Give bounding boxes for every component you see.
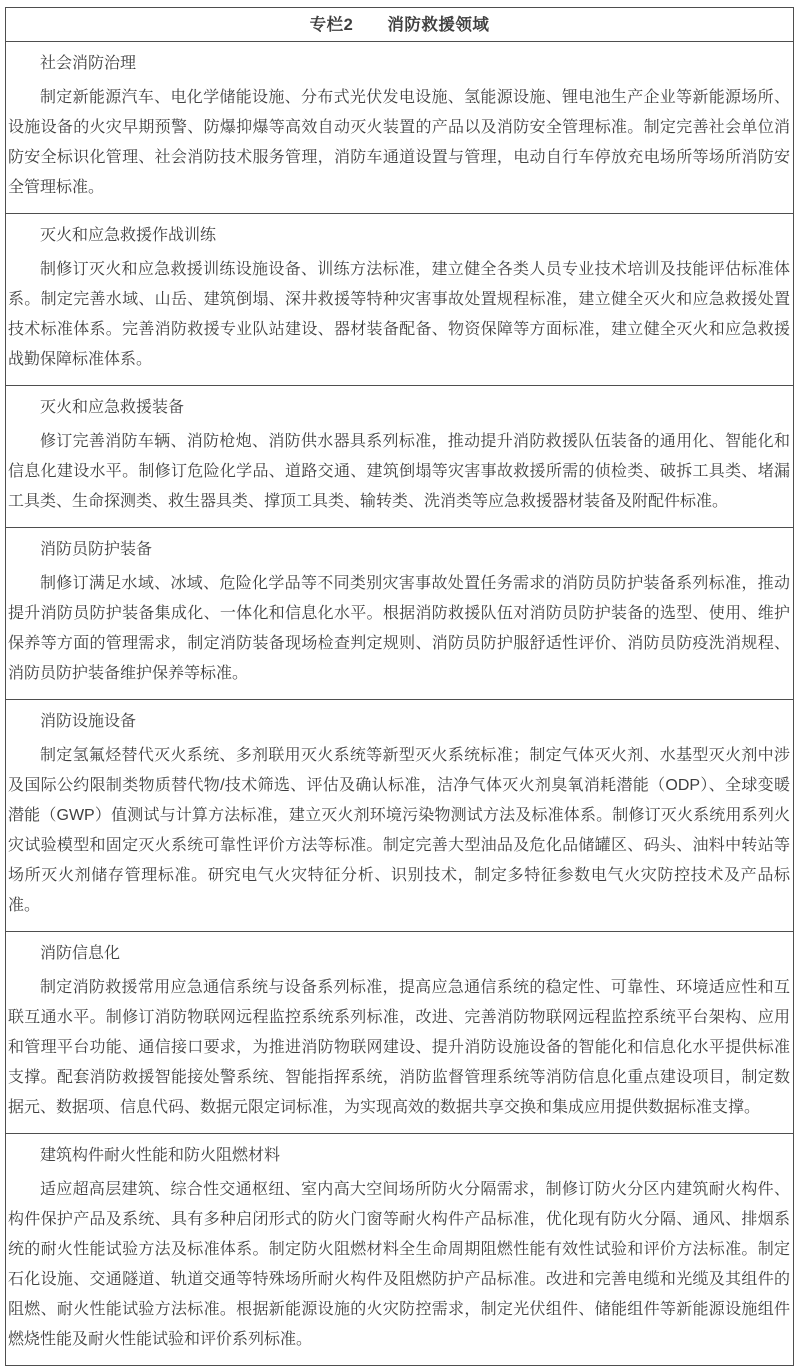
section-heading: 消防信息化 (8, 939, 790, 969)
section-body: 适应超高层建筑、综合性交通枢纽、室内高大空间场所防火分隔需求，制修订防火分区内建… (8, 1175, 790, 1355)
section-firefighting-rescue-equipment: 灭火和应急救援装备 修订完善消防车辆、消防枪炮、消防供水器具系列标准，推动提升消… (6, 386, 793, 528)
section-fire-facilities-equipment: 消防设施设备 制定氢氟烃替代灭火系统、多剂联用灭火系统等新型灭火系统标准；制定气… (6, 700, 793, 932)
section-heading: 消防设施设备 (8, 707, 790, 737)
section-firefighter-protective-equipment: 消防员防护装备 制修订满足水域、冰域、危险化学品等不同类别灾害事故处置任务需求的… (6, 528, 793, 700)
section-body: 制修订灭火和应急救援训练设施设备、训练方法标准，建立健全各类人员专业技术培训及技… (8, 255, 790, 375)
section-body: 制定氢氟烃替代灭火系统、多剂联用灭火系统等新型灭火系统标准；制定气体灭火剂、水基… (8, 741, 790, 921)
section-social-fire-governance: 社会消防治理 制定新能源汽车、电化学储能设施、分布式光伏发电设施、氢能源设施、锂… (6, 42, 793, 214)
section-heading: 消防员防护装备 (8, 535, 790, 565)
section-body: 修订完善消防车辆、消防枪炮、消防供水器具系列标准，推动提升消防救援队伍装备的通用… (8, 427, 790, 517)
section-firefighting-rescue-combat-training: 灭火和应急救援作战训练 制修订灭火和应急救援训练设施设备、训练方法标准，建立健全… (6, 214, 793, 386)
section-fire-informatization: 消防信息化 制定消防救援常用应急通信系统与设备系列标准，提高应急通信系统的稳定性… (6, 932, 793, 1134)
table-title: 专栏2 消防救援领域 (6, 8, 793, 42)
section-heading: 建筑构件耐火性能和防火阻燃材料 (8, 1141, 790, 1171)
section-building-component-fire-resistance-materials: 建筑构件耐火性能和防火阻燃材料 适应超高层建筑、综合性交通枢纽、室内高大空间场所… (6, 1134, 793, 1365)
section-body: 制修订满足水域、冰域、危险化学品等不同类别灾害事故处置任务需求的消防员防护装备系… (8, 569, 790, 689)
fire-rescue-column-table: 专栏2 消防救援领域 社会消防治理 制定新能源汽车、电化学储能设施、分布式光伏发… (5, 7, 794, 1366)
section-heading: 灭火和应急救援作战训练 (8, 221, 790, 251)
section-heading: 灭火和应急救援装备 (8, 393, 790, 423)
section-heading: 社会消防治理 (8, 49, 790, 79)
section-body: 制定新能源汽车、电化学储能设施、分布式光伏发电设施、氢能源设施、锂电池生产企业等… (8, 83, 790, 203)
section-body: 制定消防救援常用应急通信系统与设备系列标准，提高应急通信系统的稳定性、可靠性、环… (8, 973, 790, 1123)
